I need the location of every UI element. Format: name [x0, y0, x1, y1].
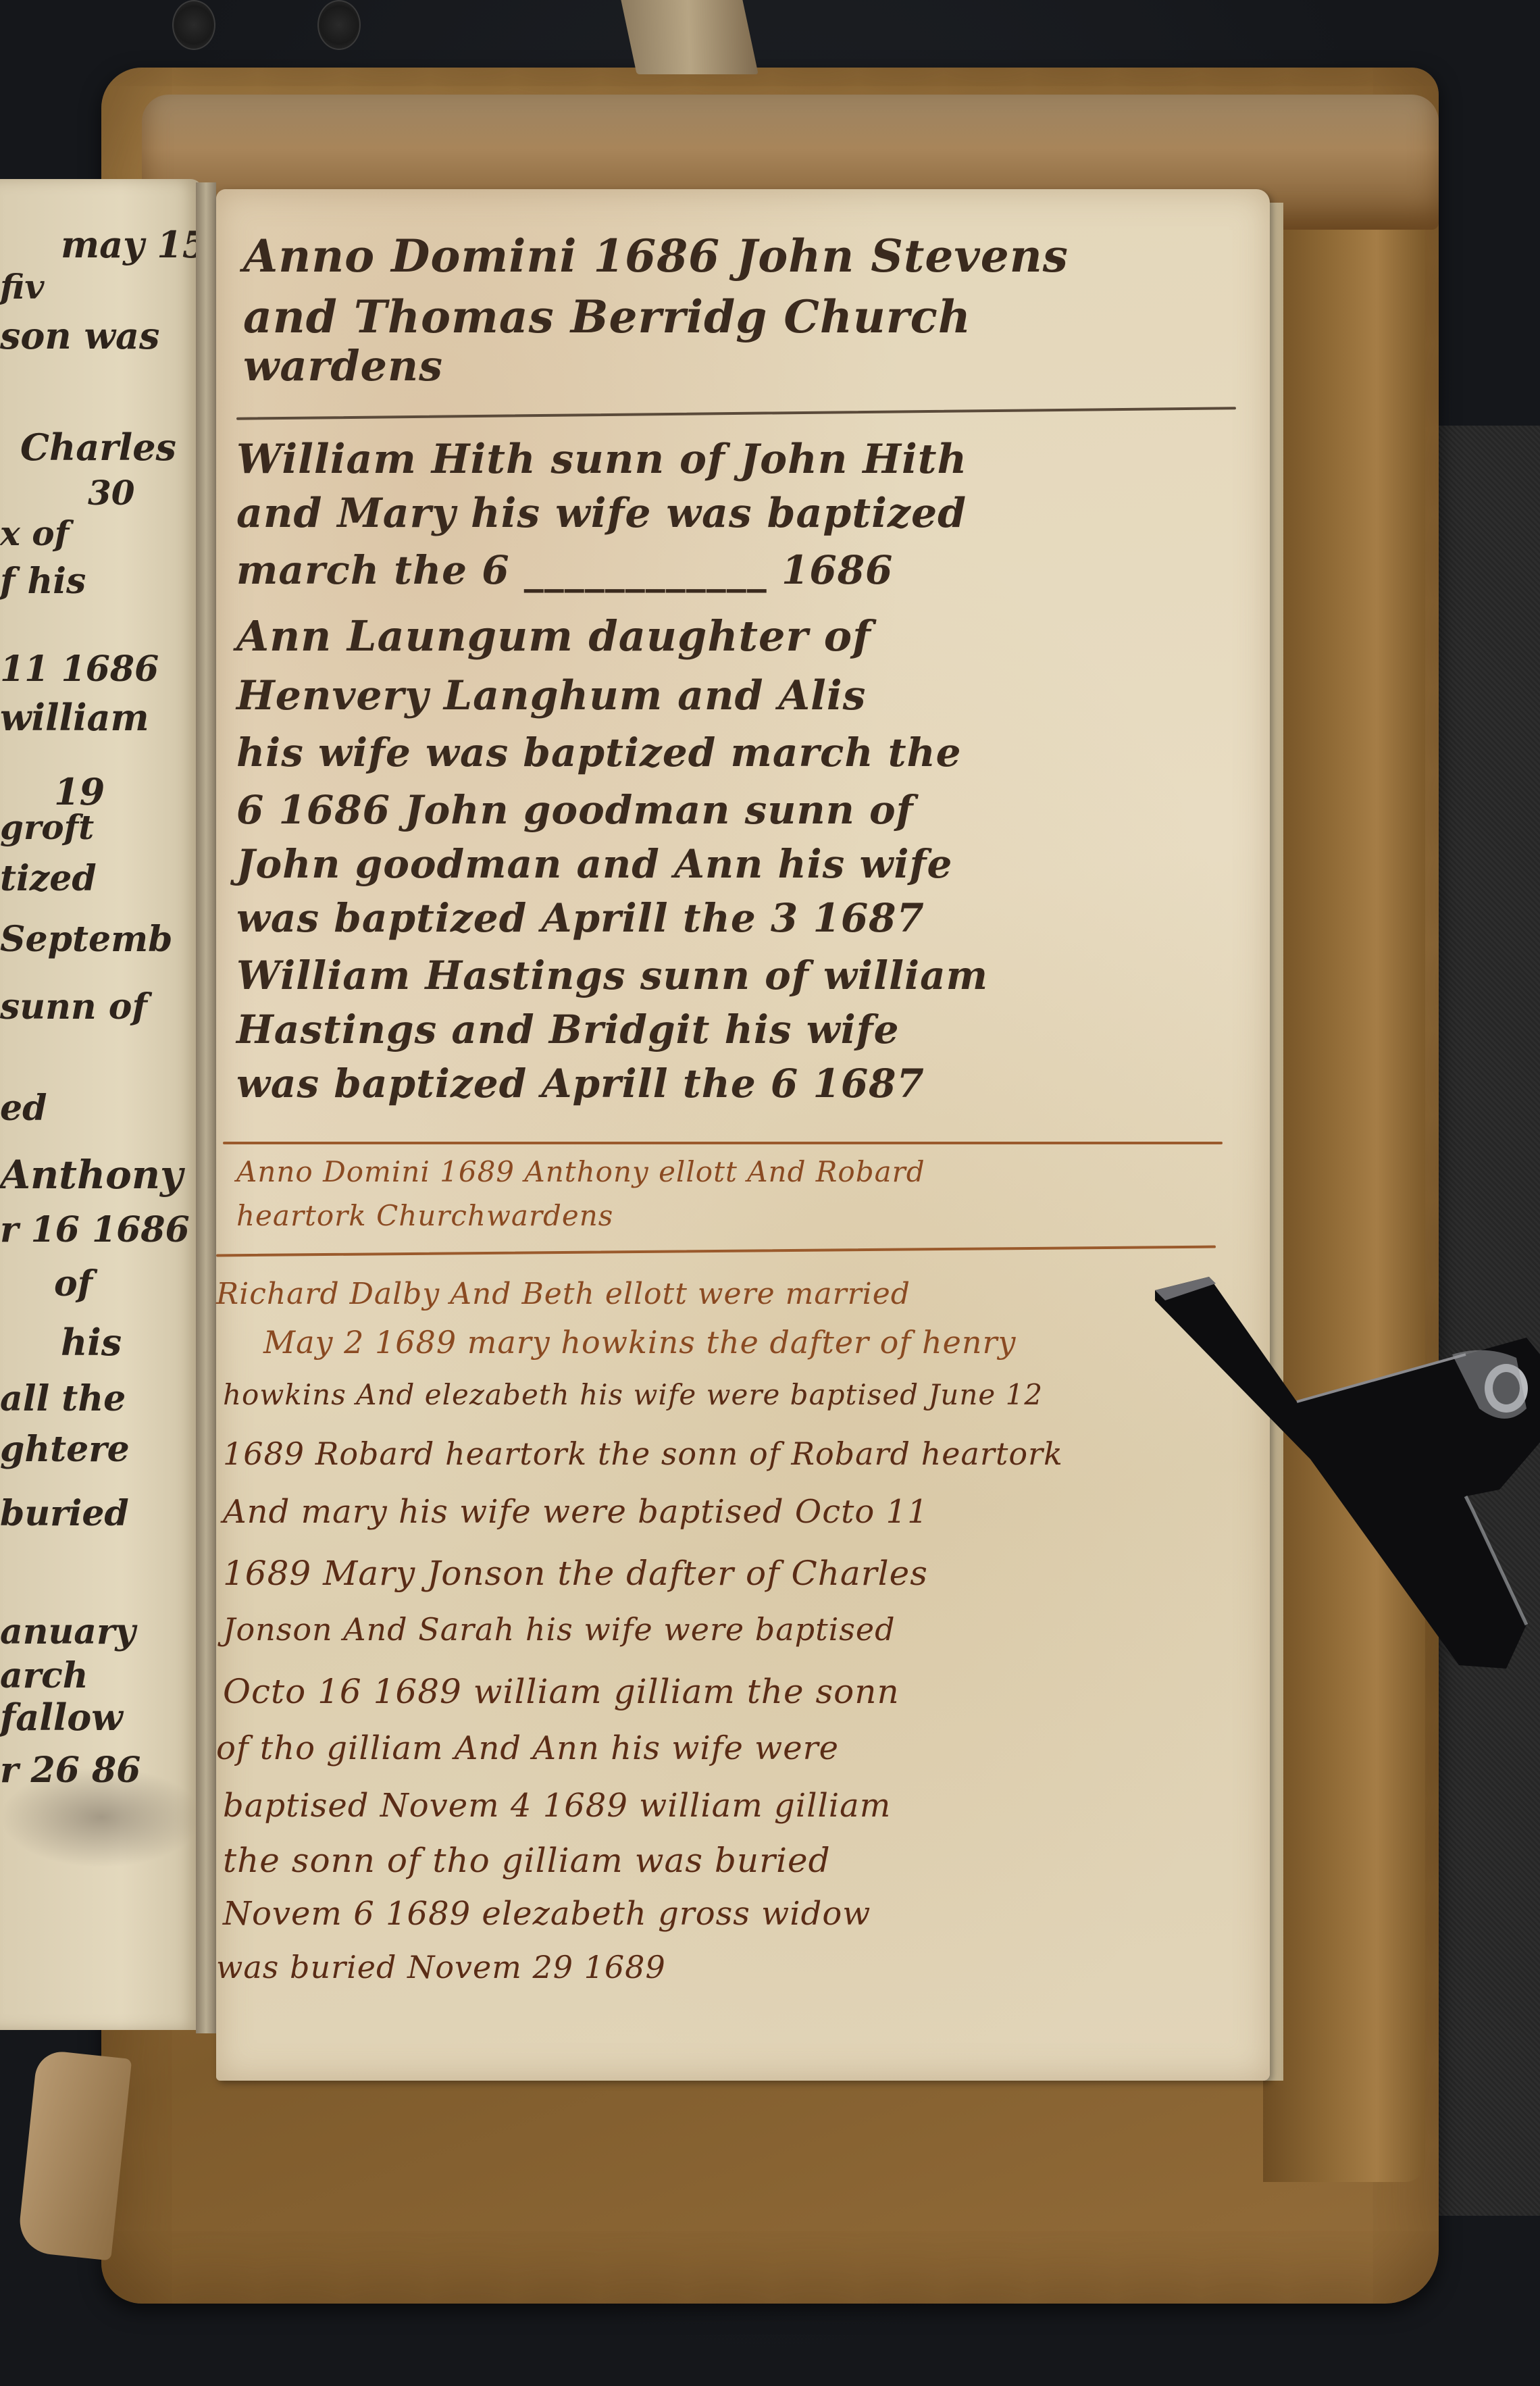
entry-line: William Hastings sunn of william	[236, 953, 988, 998]
left-page-line: his	[61, 1321, 122, 1364]
divider-rule	[236, 407, 1236, 420]
left-page-line: r 16 1686	[0, 1209, 190, 1250]
screw-right	[317, 0, 361, 50]
header-1686-line: and Thomas Berridg Church	[243, 290, 971, 343]
entry-line: howkins And elezabeth his wife were bapt…	[223, 1378, 1043, 1411]
entry-line: Jonson And Sarah his wife were baptised	[223, 1611, 896, 1648]
left-page-line: son was	[0, 314, 159, 357]
entry-line: And mary his wife were baptised Octo 11	[223, 1493, 929, 1531]
left-page-line: Anthony	[0, 1152, 183, 1198]
left-page-line: fiv	[0, 267, 44, 307]
entry-line: and Mary his wife was baptized	[236, 490, 967, 537]
entry-line: Hastings and Bridgit his wife	[236, 1007, 900, 1052]
header-1689-line: Anno Domini 1689 Anthony ellott And Roba…	[236, 1155, 925, 1188]
right-page: Anno Domini 1686 John Stevens and Thomas…	[216, 189, 1270, 2081]
book-gutter	[196, 182, 216, 2033]
entry-line: the sonn of tho gilliam was buried	[223, 1841, 831, 1880]
entry-line: was baptized Aprill the 3 1687	[236, 895, 925, 941]
entry-line: John goodman and Ann his wife	[236, 841, 952, 887]
left-page-line: arch	[0, 1655, 88, 1696]
entry-line: his wife was baptized march the	[236, 730, 962, 776]
left-page-line: of	[54, 1263, 93, 1304]
entry-line: baptised Novem 4 1689 william gilliam	[223, 1787, 891, 1825]
leather-tie-strap	[619, 0, 759, 74]
entry-line: Richard Dalby And Beth ellott were marri…	[216, 1277, 910, 1311]
left-page-line: fallow	[0, 1696, 123, 1739]
cover-right-edge	[1263, 189, 1425, 2182]
left-page-line: groft	[0, 807, 94, 847]
entry-line: march the 6 ____________ 1686	[236, 547, 893, 593]
divider-rule	[216, 1246, 1216, 1257]
left-page-line: anuary	[0, 1611, 136, 1652]
entry-line: 1689 Robard heartork the sonn of Robard …	[223, 1436, 1063, 1472]
divider-rule	[223, 1142, 1223, 1144]
left-page-line: f his	[0, 561, 86, 602]
left-page-line: may 15	[61, 223, 203, 266]
header-1686-line: wardens	[243, 341, 443, 390]
left-page-fragment: may 15fivson wasCharles30x off his11 168…	[0, 179, 203, 2030]
entry-line: Novem 6 1689 elezabeth gross widow	[223, 1895, 871, 1933]
entry-line: of tho gilliam And Ann his wife were	[216, 1729, 839, 1767]
left-page-line: 11 1686	[0, 649, 159, 690]
header-1689-line: heartork Churchwardens	[236, 1199, 613, 1232]
left-page-line: r 26 86	[0, 1750, 140, 1791]
entry-line: Octo 16 1689 william gilliam the sonn	[223, 1672, 900, 1711]
screw-left	[172, 0, 215, 50]
entry-line: Ann Laungum daughter of	[236, 611, 871, 661]
left-page-line: ghtere	[0, 1429, 130, 1470]
entry-line: 1689 Mary Jonson the dafter of Charles	[223, 1554, 928, 1593]
left-page-line: buried	[0, 1493, 129, 1534]
entry-line: was baptized Aprill the 6 1687	[236, 1061, 925, 1107]
left-page-line: all the	[0, 1378, 126, 1419]
left-page-line: ed	[0, 1088, 47, 1129]
entry-line: was buried Novem 29 1689	[216, 1949, 666, 1985]
entry-line: May 2 1689 mary howkins the dafter of he…	[263, 1324, 1016, 1361]
bulldog-clip	[1148, 1273, 1540, 1733]
left-page-line: tized	[0, 858, 97, 899]
entry-line: William Hith sunn of John Hith	[236, 436, 967, 483]
left-page-line: Charles	[20, 426, 176, 469]
entry-line: 6 1686 John goodman sunn of	[236, 787, 914, 833]
left-page-line: william	[0, 696, 149, 739]
left-page-line: 30	[88, 473, 135, 513]
left-page-line: x of	[0, 513, 69, 553]
left-page-line: Septemb	[0, 919, 172, 960]
header-1686-line: Anno Domini 1686 John Stevens	[243, 230, 1069, 282]
entry-line: Henvery Langhum and Alis	[236, 672, 866, 719]
left-page-line: sunn of	[0, 986, 147, 1027]
